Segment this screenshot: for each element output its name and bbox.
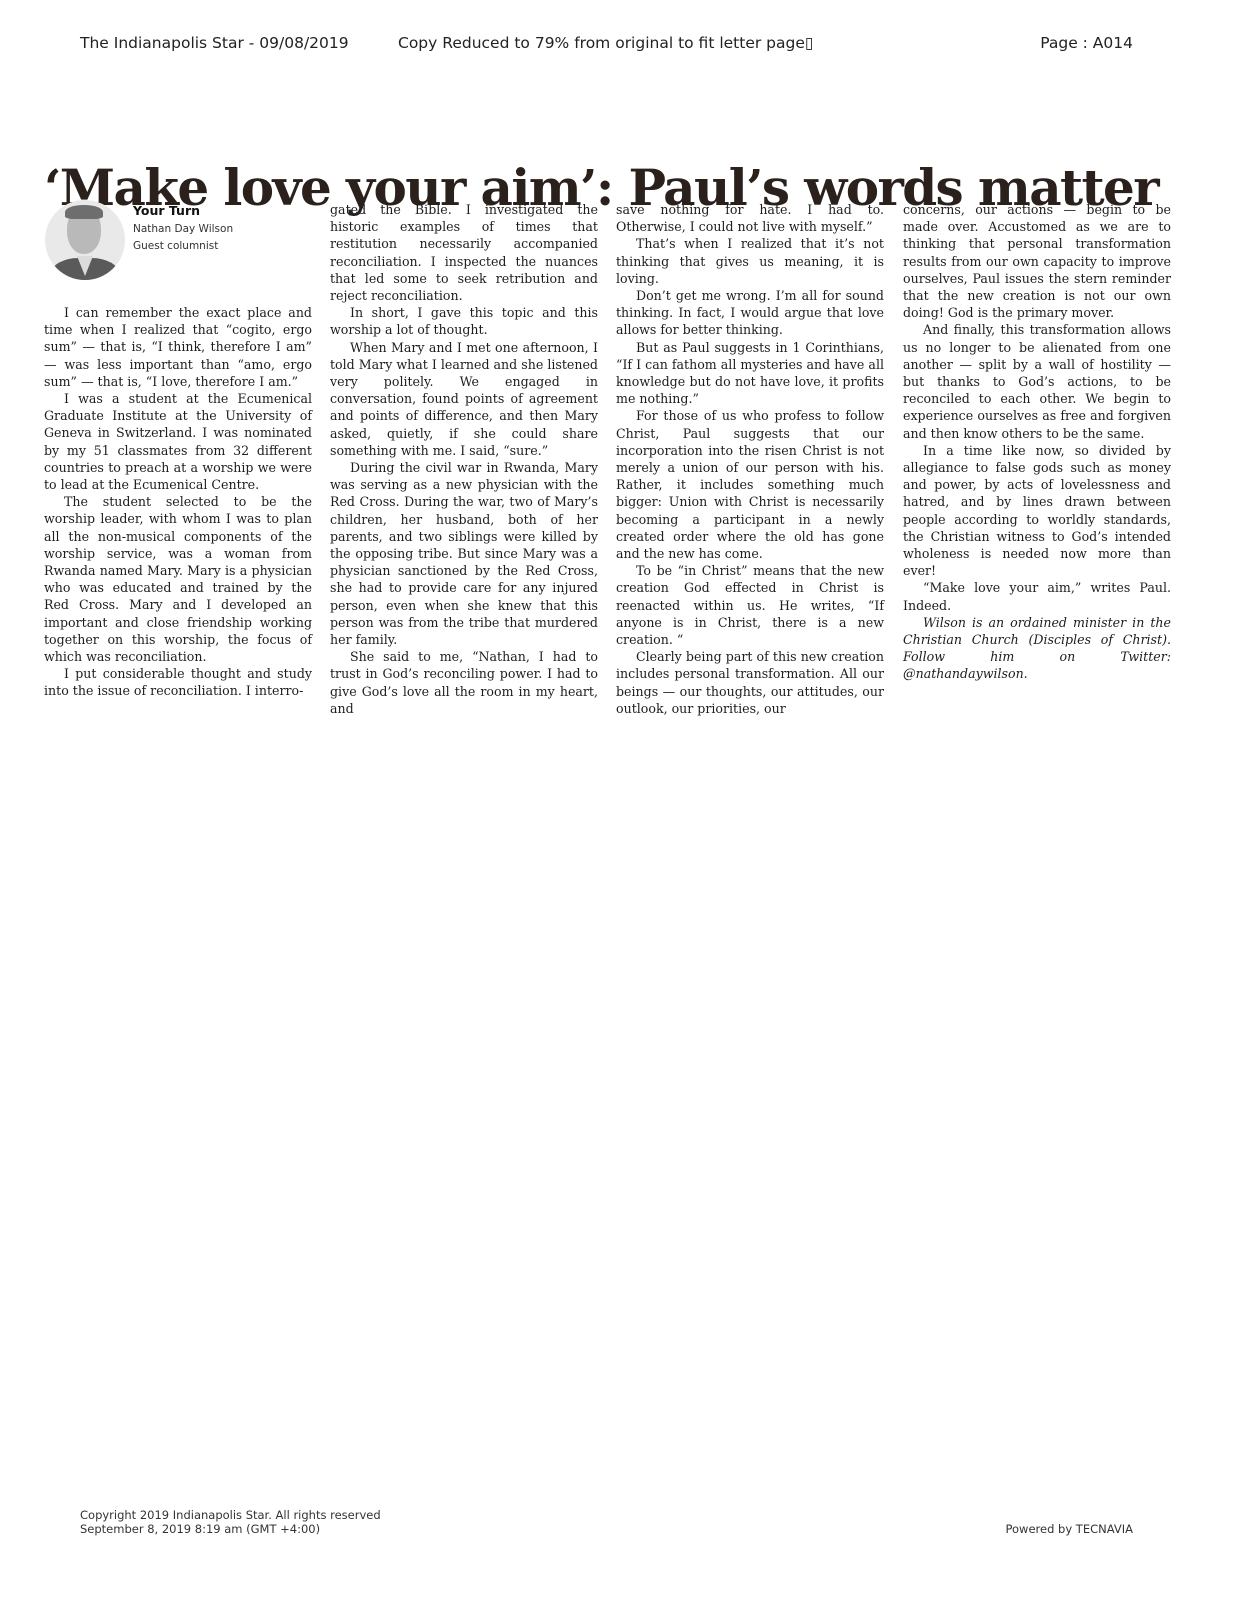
article-column-1: I can remember the exact place and time … <box>44 304 312 700</box>
paragraph: She said to me, “Nathan, I had to trust … <box>330 648 598 717</box>
paragraph: The student selected to be the worship l… <box>44 493 312 665</box>
author-role: Guest columnist <box>133 240 218 252</box>
paragraph: But as Paul suggests in 1 Corinthians, “… <box>616 339 884 408</box>
paragraph: I put considerable thought and study int… <box>44 665 312 699</box>
powered-by: Powered by TECNAVIA <box>1006 1522 1134 1536</box>
byline: Your Turn Nathan Day Wilson Guest column… <box>45 200 325 280</box>
paragraph: concerns, our actions — begin to be made… <box>903 201 1171 321</box>
page-header: The Indianapolis Star - 09/08/2019 Copy … <box>80 34 1133 56</box>
reduction-note: Copy Reduced to 79% from original to fit… <box>398 34 813 52</box>
page-number: Page : A014 <box>1040 34 1133 52</box>
paragraph: When Mary and I met one afternoon, I tol… <box>330 339 598 459</box>
paragraph: And finally, this transformation allows … <box>903 321 1171 441</box>
paragraph: In a time like now, so divided by allegi… <box>903 442 1171 580</box>
author-name: Nathan Day Wilson <box>133 223 233 235</box>
paragraph: For those of us who profess to follow Ch… <box>616 407 884 562</box>
section-label: Your Turn <box>133 203 200 218</box>
paragraph: In short, I gave this topic and this wor… <box>330 304 598 338</box>
paragraph: That’s when I realized that it’s not thi… <box>616 235 884 287</box>
paragraph: Don’t get me wrong. I’m all for sound th… <box>616 287 884 339</box>
author-bio: Wilson is an ordained minister in the Ch… <box>903 614 1171 683</box>
publication-date: The Indianapolis Star - 09/08/2019 <box>80 34 349 52</box>
timestamp: September 8, 2019 8:19 am (GMT +4:00) <box>80 1522 381 1536</box>
article-column-3: save nothing for hate. I had to. Otherwi… <box>616 201 884 717</box>
paragraph: During the civil war in Rwanda, Mary was… <box>330 459 598 648</box>
article-column-2: gated the Bible. I investigated the hist… <box>330 201 598 717</box>
paragraph: I can remember the exact place and time … <box>44 304 312 390</box>
paragraph: gated the Bible. I investigated the hist… <box>330 201 598 304</box>
author-photo <box>45 200 125 280</box>
paragraph: To be “in Christ” means that the new cre… <box>616 562 884 648</box>
copyright-text: Copyright 2019 Indianapolis Star. All ri… <box>80 1508 381 1522</box>
paragraph: save nothing for hate. I had to. Otherwi… <box>616 201 884 235</box>
paragraph: “Make love your aim,” writes Paul. Indee… <box>903 579 1171 613</box>
page-footer-copyright: Copyright 2019 Indianapolis Star. All ri… <box>80 1508 381 1536</box>
paragraph: Clearly being part of this new creation … <box>616 648 884 717</box>
article-column-4: concerns, our actions — begin to be made… <box>903 201 1171 683</box>
paragraph: I was a student at the Ecumenical Gradua… <box>44 390 312 493</box>
